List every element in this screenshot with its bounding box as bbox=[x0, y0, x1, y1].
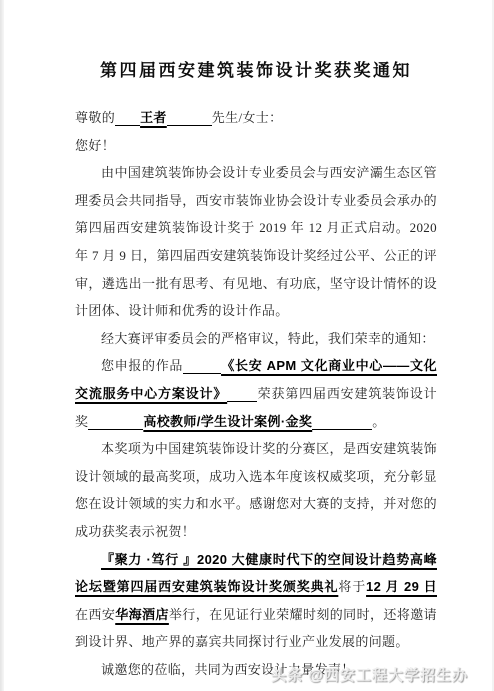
award-prefix: 您申报的作品 bbox=[101, 358, 183, 373]
blank-underline bbox=[88, 428, 143, 430]
toutiao-watermark: 头条 @西安工程大学招生办 bbox=[271, 664, 468, 685]
event-text-1: 将于 bbox=[338, 579, 366, 594]
para-intro: 由中国建筑装饰协会设计专业委员会与西安浐灞生态区管理委员会共同指导，西安市装饰业… bbox=[75, 159, 437, 325]
salutation-prefix: 尊敬的 bbox=[75, 110, 115, 125]
blank-underline bbox=[183, 372, 221, 374]
salutation-line: 尊敬的王者先生/女士： bbox=[75, 104, 437, 132]
letter-body: 尊敬的王者先生/女士： 您好！ 由中国建筑装饰协会设计专业委员会与西安浐灞生态区… bbox=[75, 104, 437, 683]
page-left-edge bbox=[0, 0, 4, 691]
letter-content: 第四届西安建筑装饰设计奖获奖通知 尊敬的王者先生/女士： 您好！ 由中国建筑装饰… bbox=[75, 0, 437, 683]
salutation-suffix: 先生/女士： bbox=[212, 110, 283, 125]
blank-underline bbox=[227, 400, 257, 402]
blank-underline bbox=[312, 428, 372, 430]
event-date: 12 月 29 日 bbox=[366, 579, 437, 594]
para-honor: 本奖项为中国建筑装饰设计奖的分赛区，是西安建筑装饰设计领域的最高奖项，成功入选本… bbox=[75, 435, 437, 545]
letter-title: 第四届西安建筑装饰设计奖获奖通知 bbox=[75, 56, 437, 81]
award-name: 高校教师/学生设计案例·金奖 bbox=[143, 414, 312, 429]
event-text-2: 在西安 bbox=[75, 607, 115, 622]
notification-letter-page: 第四届西安建筑装饰设计奖获奖通知 尊敬的王者先生/女士： 您好！ 由中国建筑装饰… bbox=[0, 0, 494, 691]
greeting-line: 您好！ bbox=[75, 132, 437, 160]
recipient-name: 王者 bbox=[140, 110, 167, 125]
para-award: 您申报的作品《长安 APM 文化商业中心——文化交流服务中心方案设计》荣获第四届… bbox=[75, 352, 437, 435]
blank-underline bbox=[167, 124, 212, 126]
para-review: 经大赛评审委员会的严格审议，特此，我们荣幸的通知： bbox=[75, 325, 437, 353]
blank-underline bbox=[115, 124, 140, 126]
award-suffix: 。 bbox=[372, 414, 385, 429]
para-event: 『聚力 ·笃行 』2020 大健康时代下的空间设计趋势高峰论坛暨第四届西安建筑装… bbox=[75, 546, 437, 656]
event-venue: 华海酒店 bbox=[115, 607, 169, 622]
